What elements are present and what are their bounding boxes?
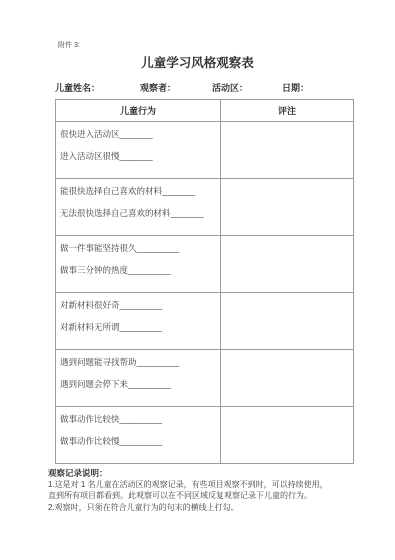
behavior-line: 进入活动区很慢_______ <box>60 145 218 167</box>
notes-line-3: 2.观察时，只须在符合儿童行为的句末的横线上打勾。 <box>48 502 370 513</box>
behavior-line: 遇到问题能寻找帮助_________ <box>60 351 218 373</box>
notes-line-2: 直到所有项目都看到。此观察可以在不同区域反复观察记录下儿童的行为。 <box>48 490 370 501</box>
table-row: 遇到问题能寻找帮助_________ 遇到问题会停下来_________ <box>56 350 354 407</box>
table-header-row: 儿童行为 评注 <box>56 100 354 122</box>
comment-cell <box>221 179 354 236</box>
behavior-line: 做事三分钟的热度_________ <box>60 259 218 281</box>
behavior-line: 做事动作比较慢_________ <box>60 430 218 452</box>
document-page: 附件 3: 儿童学习风格观察表 儿童姓名： 观察者： 活动区： 日期： 儿童行为… <box>0 0 395 560</box>
behavior-line: 做一件事能坚持很久_________ <box>60 237 218 259</box>
behavior-cell: 做一件事能坚持很久_________ 做事三分钟的热度_________ <box>56 236 221 293</box>
behavior-cell: 遇到问题能寻找帮助_________ 遇到问题会停下来_________ <box>56 350 221 407</box>
table-row: 做一件事能坚持很久_________ 做事三分钟的热度_________ <box>56 236 354 293</box>
notes-title: 观察记录说明： <box>48 467 370 479</box>
behavior-cell: 做事动作比较快_________ 做事动作比较慢_________ <box>56 407 221 464</box>
table-row: 很快进入活动区_______ 进入活动区很慢_______ <box>56 122 354 179</box>
field-date-label: 日期： <box>282 83 309 94</box>
header-comment: 评注 <box>221 100 354 122</box>
behavior-line: 能很快选择自己喜欢的材料_______ <box>60 180 218 202</box>
behavior-line: 对新材料无所谓_________ <box>60 316 218 338</box>
behavior-cell: 能很快选择自己喜欢的材料_______ 无法很快选择自己喜欢的材料_______ <box>56 179 221 236</box>
page-title: 儿童学习风格观察表 <box>0 56 395 71</box>
comment-cell <box>221 236 354 293</box>
table-row: 做事动作比较快_________ 做事动作比较慢_________ <box>56 407 354 464</box>
form-header-fields: 儿童姓名： 观察者： 活动区： 日期： <box>55 83 309 94</box>
behavior-line: 对新材料很好奇_________ <box>60 294 218 316</box>
behavior-line: 做事动作比较快_________ <box>60 408 218 430</box>
behavior-cell: 对新材料很好奇_________ 对新材料无所谓_________ <box>56 293 221 350</box>
comment-cell <box>221 407 354 464</box>
field-activity-area-label: 活动区： <box>212 83 282 94</box>
field-observer-label: 观察者： <box>140 83 212 94</box>
attachment-label: 附件 3: <box>58 41 80 50</box>
table-row: 对新材料很好奇_________ 对新材料无所谓_________ <box>56 293 354 350</box>
comment-cell <box>221 293 354 350</box>
comment-cell <box>221 122 354 179</box>
behavior-line: 很快进入活动区_______ <box>60 123 218 145</box>
behavior-cell: 很快进入活动区_______ 进入活动区很慢_______ <box>56 122 221 179</box>
observation-table: 儿童行为 评注 很快进入活动区_______ 进入活动区很慢_______ 能很… <box>55 99 354 464</box>
behavior-line: 无法很快选择自己喜欢的材料_______ <box>60 202 218 224</box>
comment-cell <box>221 350 354 407</box>
behavior-line: 遇到问题会停下来_________ <box>60 373 218 395</box>
table-row: 能很快选择自己喜欢的材料_______ 无法很快选择自己喜欢的材料_______ <box>56 179 354 236</box>
notes-line-1: 1.这是对 1 名儿童在活动区的观察记录，有些项目观察不到时，可以持续使用， <box>48 479 370 490</box>
observation-notes: 观察记录说明： 1.这是对 1 名儿童在活动区的观察记录，有些项目观察不到时，可… <box>48 467 370 513</box>
header-child-behavior: 儿童行为 <box>56 100 221 122</box>
field-child-name-label: 儿童姓名： <box>55 83 140 94</box>
